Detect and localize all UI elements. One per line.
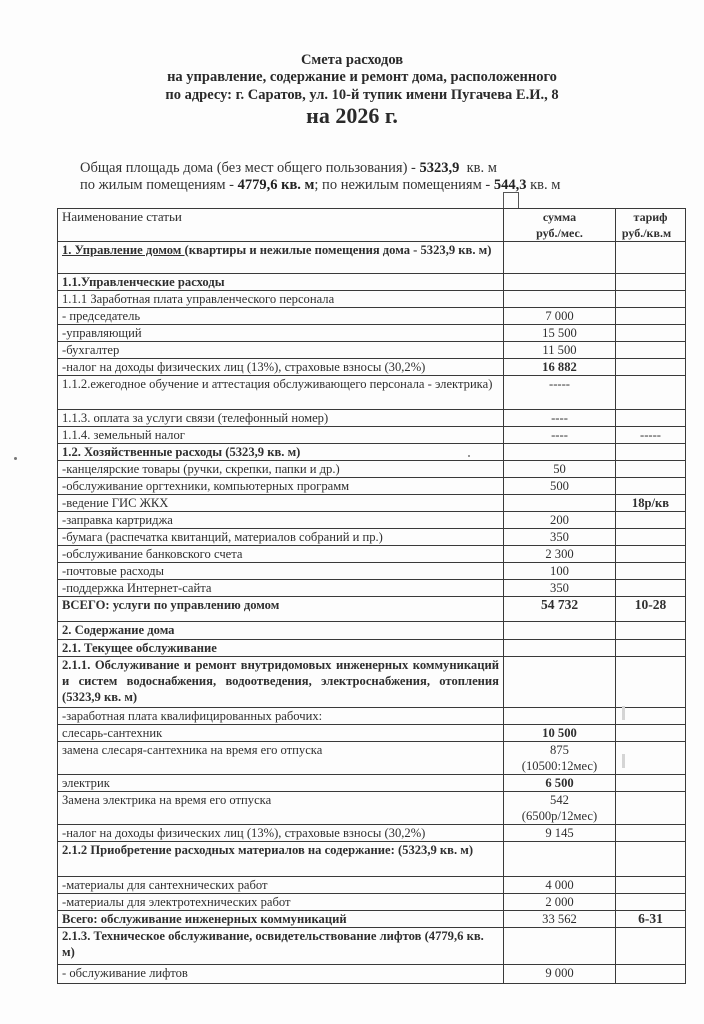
area-breakdown-line: по жилым помещениям - 4779,6 кв. м; по н… xyxy=(80,176,560,194)
total-area-value: 5323,9 xyxy=(419,160,459,176)
row-name: Всего: обслуживание инженерных коммуника… xyxy=(58,911,504,928)
row-name-text: - обслуживание лифтов xyxy=(62,966,188,980)
row-sum xyxy=(504,291,616,308)
row-tariff xyxy=(616,640,686,657)
header-name: Наименование статьи xyxy=(58,209,504,242)
row-name: -налог на доходы физических лиц (13%), с… xyxy=(58,359,504,376)
header-sum-line1: сумма xyxy=(543,210,576,224)
document-subtitle-line2: по адресу: г. Саратов, ул. 10-й тупик им… xyxy=(10,86,704,104)
row-sum-note: (10500:12мес) xyxy=(522,759,597,773)
row-name: -почтовые расходы xyxy=(58,563,504,580)
row-tariff-value: 10-28 xyxy=(635,597,667,612)
row-name-text: 2.1.1. Обслуживание и ремонт внутридомов… xyxy=(62,658,499,704)
row-sum xyxy=(504,708,616,725)
row-tariff-value: 18р/кв xyxy=(632,496,669,510)
row-name-text: -обслуживание банковского счета xyxy=(62,547,243,561)
row-name: 1.2. Хозяйственные расходы (5323,9 кв. м… xyxy=(58,444,504,461)
total-area-line: Общая площадь дома (без мест общего поль… xyxy=(80,159,497,177)
document-subtitle-line1: на управление, содержание и ремонт дома,… xyxy=(10,68,704,86)
row-name: -поддержка Интернет-сайта xyxy=(58,580,504,597)
table-row: -бухгалтер11 500 xyxy=(58,342,686,359)
row-tariff xyxy=(616,965,686,984)
row-name-text: 1.2. Хозяйственные расходы (5323,9 кв. м… xyxy=(62,445,300,459)
row-sum-value: 350 xyxy=(550,530,569,544)
table-row: -почтовые расходы100 xyxy=(58,563,686,580)
row-name: 1.1.3. оплата за услуги связи (телефонны… xyxy=(58,410,504,427)
row-tariff xyxy=(616,742,686,775)
table-row: -обслуживание банковского счета2 300 xyxy=(58,546,686,563)
row-name: -налог на доходы физических лиц (13%), с… xyxy=(58,825,504,842)
table-row: Всего: обслуживание инженерных коммуника… xyxy=(58,911,686,928)
row-name-text: ВСЕГО: услуги по управлению домом xyxy=(62,598,279,612)
nonresidential-area-value: 544,3 xyxy=(494,177,527,193)
row-name-text: Всего: обслуживание инженерных коммуника… xyxy=(62,912,347,926)
row-sum-value: 2 300 xyxy=(545,547,573,561)
section-title: 1. Управление домом xyxy=(62,243,185,257)
row-name-text: -заработная плата квалифицированных рабо… xyxy=(62,709,322,723)
header-tariff-line1: тариф xyxy=(634,210,668,224)
row-name-text: -налог на доходы физических лиц (13%), с… xyxy=(62,360,425,374)
row-tariff xyxy=(616,291,686,308)
row-tariff xyxy=(616,308,686,325)
row-tariff xyxy=(616,708,686,725)
row-name-text: -бумага (распечатка квитанций, материало… xyxy=(62,530,383,544)
row-sum xyxy=(504,444,616,461)
table-body: 1. Управление домом (квартиры и нежилые … xyxy=(58,242,686,984)
row-sum-value: 200 xyxy=(550,513,569,527)
residential-area-label: по жилым помещениям - xyxy=(80,177,238,193)
row-name: -материалы для электротехнических работ xyxy=(58,894,504,911)
row-name: Замена электрика на время его отпуска xyxy=(58,792,504,825)
row-tariff xyxy=(616,376,686,410)
table-row: -заправка картриджа200 xyxy=(58,512,686,529)
header-tariff: тарифруб./кв.м xyxy=(616,209,686,242)
row-sum: 6 500 xyxy=(504,775,616,792)
row-name-text: 2.1.2 Приобретение расходных материалов … xyxy=(62,843,473,857)
row-name: - обслуживание лифтов xyxy=(58,965,504,984)
row-sum xyxy=(504,640,616,657)
table-row: -налог на доходы физических лиц (13%), с… xyxy=(58,825,686,842)
expense-table: Наименование статьи суммаруб./мес. тариф… xyxy=(57,208,686,984)
row-name-text: -заправка картриджа xyxy=(62,513,173,527)
row-sum-value: 100 xyxy=(550,564,569,578)
row-tariff xyxy=(616,461,686,478)
row-name-text: -обслуживание оргтехники, компьютерных п… xyxy=(62,479,349,493)
residential-area-value: 4779,6 кв. м xyxy=(238,177,315,193)
row-tariff xyxy=(616,359,686,376)
row-sum: 33 562 xyxy=(504,911,616,928)
scan-artifact-line xyxy=(622,706,625,720)
row-tariff: 18р/кв xyxy=(616,495,686,512)
table-row: 1.1.4. земельный налог--------- xyxy=(58,427,686,444)
row-tariff xyxy=(616,274,686,291)
row-name-text: слесарь-сантехник xyxy=(62,726,162,740)
table-row: 2.1.2 Приобретение расходных материалов … xyxy=(58,842,686,877)
header-sum: суммаруб./мес. xyxy=(504,209,616,242)
row-tariff: 10-28 xyxy=(616,597,686,622)
row-tariff xyxy=(616,894,686,911)
row-sum: 500 xyxy=(504,478,616,495)
row-sum xyxy=(504,657,616,708)
row-name-text: -канцелярские товары (ручки, скрепки, па… xyxy=(62,462,340,476)
row-sum xyxy=(504,242,616,274)
row-tariff xyxy=(616,325,686,342)
row-sum: 4 000 xyxy=(504,877,616,894)
row-name: 2.1.1. Обслуживание и ремонт внутридомов… xyxy=(58,657,504,708)
row-sum: 875(10500:12мес) xyxy=(504,742,616,775)
table-row: замена слесаря-сантехника на время его о… xyxy=(58,742,686,775)
row-sum-value: ---- xyxy=(551,428,568,442)
row-name: 1. Управление домом (квартиры и нежилые … xyxy=(58,242,504,274)
row-name-text: замена слесаря-сантехника на время его о… xyxy=(62,743,322,757)
row-sum-value: 33 562 xyxy=(542,912,577,926)
row-tariff xyxy=(616,928,686,965)
row-tariff xyxy=(616,563,686,580)
row-name-text: 1.1.2.ежегодное обучение и аттестация об… xyxy=(62,377,492,391)
row-sum: 9 145 xyxy=(504,825,616,842)
table-row: 1.1.Управленческие расходы xyxy=(58,274,686,291)
table-row: 1.1.1 Заработная плата управленческого п… xyxy=(58,291,686,308)
row-name: 1.1.1 Заработная плата управленческого п… xyxy=(58,291,504,308)
total-area-unit: кв. м xyxy=(467,160,497,176)
row-sum-value: 6 500 xyxy=(545,776,573,790)
row-tariff xyxy=(616,842,686,877)
row-name-text: -налог на доходы физических лиц (13%), с… xyxy=(62,826,425,840)
row-name: замена слесаря-сантехника на время его о… xyxy=(58,742,504,775)
row-name-text: 1.1.4. земельный налог xyxy=(62,428,185,442)
row-sum: 54 732 xyxy=(504,597,616,622)
row-name-text: электрик xyxy=(62,776,110,790)
row-sum: 350 xyxy=(504,529,616,546)
row-tariff xyxy=(616,529,686,546)
table-row: - обслуживание лифтов9 000 xyxy=(58,965,686,984)
row-sum-value: 16 882 xyxy=(542,360,577,374)
table-row: -канцелярские товары (ручки, скрепки, па… xyxy=(58,461,686,478)
row-sum-value: 500 xyxy=(550,479,569,493)
table-row: -материалы для электротехнических работ2… xyxy=(58,894,686,911)
table-row: Замена электрика на время его отпуска542… xyxy=(58,792,686,825)
row-tariff xyxy=(616,792,686,825)
table-row: электрик6 500 xyxy=(58,775,686,792)
table-row: -управляющий15 500 xyxy=(58,325,686,342)
total-area-label: Общая площадь дома (без мест общего поль… xyxy=(80,160,419,176)
table-row: - председатель7 000 xyxy=(58,308,686,325)
row-sum-value: 2 000 xyxy=(545,895,573,909)
row-name: 2.1.3. Техническое обслуживание, освидет… xyxy=(58,928,504,965)
row-name: 2.1. Текущее обслуживание xyxy=(58,640,504,657)
row-sum xyxy=(504,495,616,512)
row-name: -материалы для сантехнических работ xyxy=(58,877,504,894)
row-name: -обслуживание оргтехники, компьютерных п… xyxy=(58,478,504,495)
row-tariff xyxy=(616,478,686,495)
row-tariff: 6-31 xyxy=(616,911,686,928)
row-name-text: -почтовые расходы xyxy=(62,564,164,578)
row-name-text: -поддержка Интернет-сайта xyxy=(62,581,212,595)
table-row: -заработная плата квалифицированных рабо… xyxy=(58,708,686,725)
row-name: - председатель xyxy=(58,308,504,325)
row-sum: ----- xyxy=(504,376,616,410)
row-name: -заправка картриджа xyxy=(58,512,504,529)
table-header-row: Наименование статьи суммаруб./мес. тариф… xyxy=(58,209,686,242)
scan-dot xyxy=(14,457,17,460)
row-sum: 11 500 xyxy=(504,342,616,359)
row-name: 1.1.2.ежегодное обучение и аттестация об… xyxy=(58,376,504,410)
row-name: -бумага (распечатка квитанций, материало… xyxy=(58,529,504,546)
table-row: -материалы для сантехнических работ4 000 xyxy=(58,877,686,894)
scan-artifact-box xyxy=(503,192,519,209)
row-sum-value: 9 145 xyxy=(545,826,573,840)
row-tariff xyxy=(616,546,686,563)
row-sum-value: 7 000 xyxy=(545,309,573,323)
row-sum-value: 11 500 xyxy=(542,343,576,357)
row-name-text: -материалы для сантехнических работ xyxy=(62,878,268,892)
row-sum-value: ----- xyxy=(549,377,570,391)
table-row: -налог на доходы физических лиц (13%), с… xyxy=(58,359,686,376)
row-name-text: 2.1.3. Техническое обслуживание, освидет… xyxy=(62,929,484,959)
row-sum xyxy=(504,622,616,640)
row-tariff-value: ----- xyxy=(640,428,661,442)
row-sum-value: 15 500 xyxy=(542,326,577,340)
row-sum: 9 000 xyxy=(504,965,616,984)
row-tariff xyxy=(616,657,686,708)
row-tariff-value: 6-31 xyxy=(638,911,663,926)
row-sum: 16 882 xyxy=(504,359,616,376)
row-name: 1.1.4. земельный налог xyxy=(58,427,504,444)
row-name-text: 1.1.3. оплата за услуги связи (телефонны… xyxy=(62,411,328,425)
table-row: -ведение ГИС ЖКХ18р/кв xyxy=(58,495,686,512)
row-name: ВСЕГО: услуги по управлению домом xyxy=(58,597,504,622)
row-sum-value: 350 xyxy=(550,581,569,595)
table-row: -бумага (распечатка квитанций, материало… xyxy=(58,529,686,546)
row-sum-value: 542 xyxy=(550,793,569,807)
row-sum-value: 875 xyxy=(550,743,569,757)
row-sum: 200 xyxy=(504,512,616,529)
table-row: -поддержка Интернет-сайта350 xyxy=(58,580,686,597)
row-tariff xyxy=(616,825,686,842)
row-name: -управляющий xyxy=(58,325,504,342)
row-sum-value: 9 000 xyxy=(545,966,573,980)
row-sum: 2 300 xyxy=(504,546,616,563)
row-tariff xyxy=(616,775,686,792)
row-tariff xyxy=(616,410,686,427)
row-tariff xyxy=(616,580,686,597)
row-name-text: -бухгалтер xyxy=(62,343,119,357)
row-name: -ведение ГИС ЖКХ xyxy=(58,495,504,512)
row-sum: 350 xyxy=(504,580,616,597)
table-row: слесарь-сантехник10 500 xyxy=(58,725,686,742)
document-year: на 2026 г. xyxy=(0,103,704,129)
table-row: 2. Содержание дома xyxy=(58,622,686,640)
row-sum: 100 xyxy=(504,563,616,580)
table-row: 1. Управление домом (квартиры и нежилые … xyxy=(58,242,686,274)
row-sum xyxy=(504,842,616,877)
row-sum: 10 500 xyxy=(504,725,616,742)
table-row: 1.2. Хозяйственные расходы (5323,9 кв. м… xyxy=(58,444,686,461)
row-sum-value: ---- xyxy=(551,411,568,425)
row-name-text: - председатель xyxy=(62,309,140,323)
row-name-text: 2. Содержание дома xyxy=(62,623,174,637)
row-name: слесарь-сантехник xyxy=(58,725,504,742)
row-tariff xyxy=(616,342,686,359)
table-row: 2.1.3. Техническое обслуживание, освидет… xyxy=(58,928,686,965)
row-name: 1.1.Управленческие расходы xyxy=(58,274,504,291)
header-sum-line2: руб./мес. xyxy=(536,226,583,240)
row-name: 2. Содержание дома xyxy=(58,622,504,640)
row-sum-value: 54 732 xyxy=(541,597,578,612)
row-name: 2.1.2 Приобретение расходных материалов … xyxy=(58,842,504,877)
row-sum: ---- xyxy=(504,410,616,427)
table-row: 1.1.2.ежегодное обучение и аттестация об… xyxy=(58,376,686,410)
row-sum: ---- xyxy=(504,427,616,444)
row-name-text: 2.1. Текущее обслуживание xyxy=(62,641,217,655)
nonresidential-area-unit: кв. м xyxy=(526,177,560,193)
table-row: 1.1.3. оплата за услуги связи (телефонны… xyxy=(58,410,686,427)
row-sum: 15 500 xyxy=(504,325,616,342)
row-sum: 542(6500р/12мес) xyxy=(504,792,616,825)
table-row: 2.1.1. Обслуживание и ремонт внутридомов… xyxy=(58,657,686,708)
row-sum: 7 000 xyxy=(504,308,616,325)
row-name-text: -управляющий xyxy=(62,326,142,340)
row-sum xyxy=(504,928,616,965)
row-tariff xyxy=(616,444,686,461)
row-tariff xyxy=(616,877,686,894)
row-sum xyxy=(504,274,616,291)
row-name-text: 1.1.Управленческие расходы xyxy=(62,275,225,289)
row-name: -обслуживание банковского счета xyxy=(58,546,504,563)
scan-artifact-line xyxy=(622,754,625,768)
row-tariff xyxy=(616,725,686,742)
row-sum-value: 10 500 xyxy=(542,726,577,740)
row-tariff xyxy=(616,512,686,529)
row-sum-value: 4 000 xyxy=(545,878,573,892)
row-name-text: (квартиры и нежилые помещения дома - 532… xyxy=(185,243,492,257)
row-tariff: ----- xyxy=(616,427,686,444)
row-name-text: -ведение ГИС ЖКХ xyxy=(62,496,168,510)
row-name-text: 1.1.1 Заработная плата управленческого п… xyxy=(62,292,334,306)
nonresidential-area-label: ; по нежилым помещениям - xyxy=(314,177,493,193)
row-sum: 50 xyxy=(504,461,616,478)
row-name: -бухгалтер xyxy=(58,342,504,359)
row-name: электрик xyxy=(58,775,504,792)
row-sum-value: 50 xyxy=(553,462,566,476)
document-title: Смета расходов xyxy=(0,51,704,69)
row-tariff xyxy=(616,242,686,274)
table-row: ВСЕГО: услуги по управлению домом54 7321… xyxy=(58,597,686,622)
row-name: -заработная плата квалифицированных рабо… xyxy=(58,708,504,725)
header-tariff-line2: руб./кв.м xyxy=(622,226,671,240)
table-row: 2.1. Текущее обслуживание xyxy=(58,640,686,657)
row-sum: 2 000 xyxy=(504,894,616,911)
table-row: -обслуживание оргтехники, компьютерных п… xyxy=(58,478,686,495)
row-tariff xyxy=(616,622,686,640)
row-name-text: -материалы для электротехнических работ xyxy=(62,895,291,909)
row-name: -канцелярские товары (ручки, скрепки, па… xyxy=(58,461,504,478)
row-sum-note: (6500р/12мес) xyxy=(522,809,597,823)
row-name-text: Замена электрика на время его отпуска xyxy=(62,793,271,807)
